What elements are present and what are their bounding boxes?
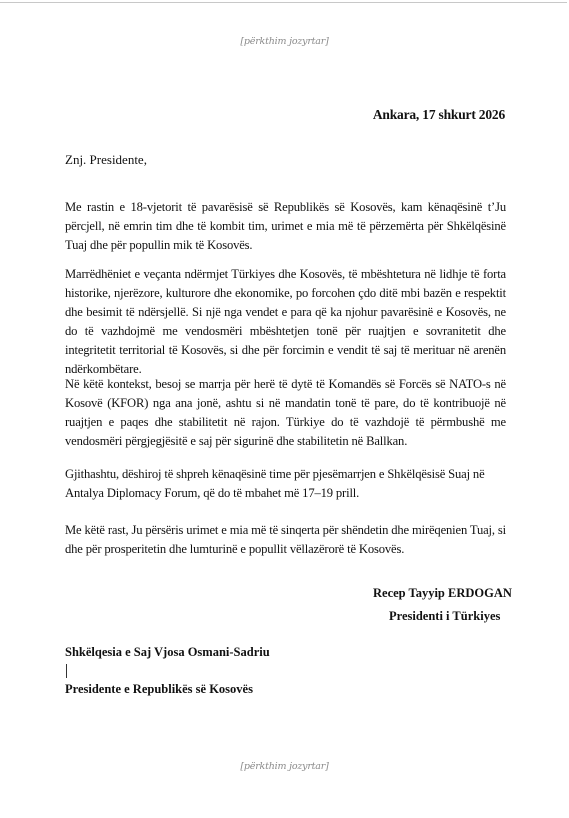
recipient-name: Shkëlqesia e Saj Vjosa Osmani-Sadriu <box>65 641 270 664</box>
place-and-date: Ankara, 17 shkurt 2026 <box>373 107 505 123</box>
paragraph-antalya-forum: Gjithashtu, dëshiroj të shpreh kënaqësin… <box>65 465 506 503</box>
paragraph-congratulations: Me rastin e 18-vjetorit të pavarësisë së… <box>65 198 506 255</box>
recipient-block: Shkëlqesia e Saj Vjosa Osmani-Sadriu Pre… <box>65 641 270 701</box>
paragraph-closing-wishes: Me këtë rast, Ju përsëris urimet e mia m… <box>65 521 506 559</box>
unofficial-translation-footer: [përkthim jozyrtar] <box>0 761 569 772</box>
salutation: Znj. Presidente, <box>65 152 147 168</box>
paragraph-kfor: Në këtë kontekst, besoj se marrja për he… <box>65 375 506 451</box>
recipient-name-line[interactable]: Shkëlqesia e Saj Vjosa Osmani-Sadriu <box>65 641 270 678</box>
paragraph-relations: Marrëdhëniet e veçanta ndërmjet Türkiyes… <box>65 265 506 379</box>
signatory-title: Presidenti i Türkiyes <box>360 605 530 628</box>
text-cursor <box>66 664 67 678</box>
signatory-name: Recep Tayyip ERDOGAN <box>360 582 530 605</box>
unofficial-translation-header: [përkthim jozyrtar] <box>0 36 569 47</box>
recipient-title: Presidente e Republikës së Kosovës <box>65 678 270 701</box>
page-top-border <box>0 2 567 3</box>
signature-block: Recep Tayyip ERDOGAN Presidenti i Türkiy… <box>360 582 530 628</box>
